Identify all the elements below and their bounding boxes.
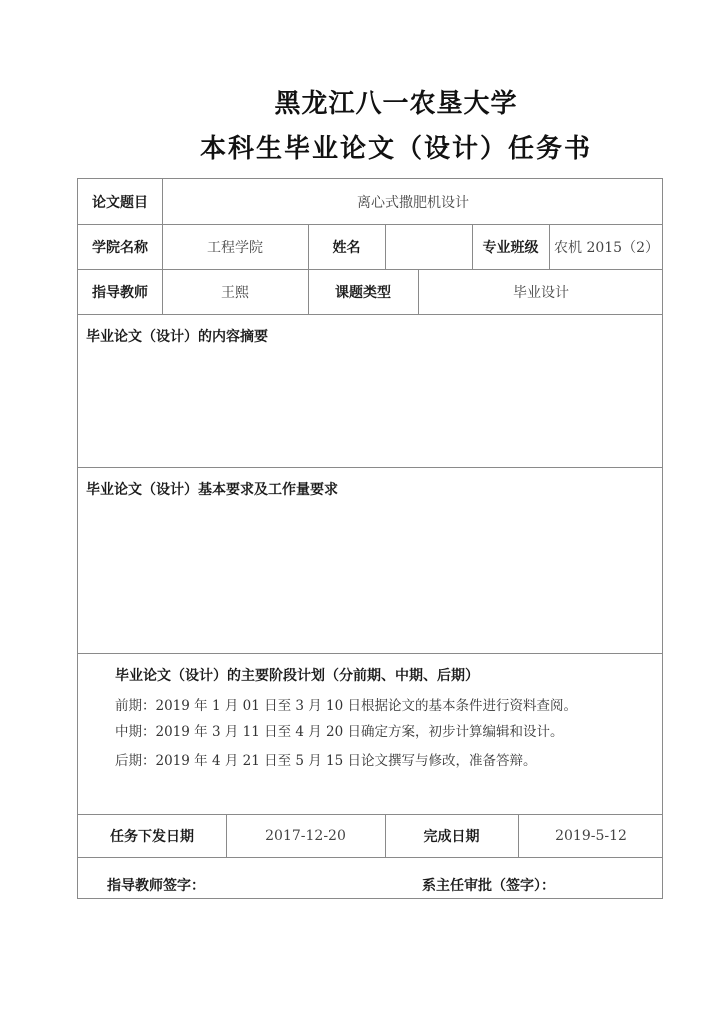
- plan-middle-stage: 中期：2019 年 3 月 11 日至 4 月 20 日确定方案，初步计算编辑和…: [115, 720, 564, 740]
- major-class-value[interactable]: 农机 2015（2）: [549, 224, 664, 269]
- college-value[interactable]: 工程学院: [162, 224, 308, 269]
- student-name-label: 姓名: [308, 224, 385, 269]
- topic-type-label: 课题类型: [308, 269, 418, 314]
- advisor-label: 指导教师: [78, 269, 162, 314]
- plan-early-stage: 前期：2019 年 1 月 01 日至 3 月 10 日根据论文的基本条件进行资…: [115, 694, 577, 714]
- plan-late-stage: 后期：2019 年 4 月 21 日至 5 月 15 日论文撰写与修改，准备答辩…: [115, 749, 537, 769]
- issue-date-value[interactable]: 2017-12-20: [226, 814, 385, 857]
- requirements-content-area[interactable]: [78, 502, 664, 653]
- issue-date-label: 任务下发日期: [78, 814, 226, 857]
- thesis-title-label: 论文题目: [78, 179, 162, 224]
- university-name: 黑龙江八一农垦大学: [34, 86, 724, 122]
- completion-date-value[interactable]: 2019-5-12: [518, 814, 664, 857]
- major-class-label: 专业班级: [472, 224, 549, 269]
- row-divider: [78, 467, 662, 468]
- plan-section-title: 毕业论文（设计）的主要阶段计划（分前期、中期、后期）: [115, 665, 479, 685]
- advisor-value[interactable]: 王熙: [162, 269, 308, 314]
- requirements-section-title: 毕业论文（设计）基本要求及工作量要求: [86, 479, 338, 499]
- summary-section-title: 毕业论文（设计）的内容摘要: [86, 326, 268, 346]
- row-divider: [78, 857, 662, 858]
- task-form-table: 论文题目 离心式撒肥机设计 学院名称 工程学院 姓名 专业班级 农机 2015（…: [77, 178, 663, 899]
- student-name-value[interactable]: [385, 224, 472, 269]
- college-label: 学院名称: [78, 224, 162, 269]
- thesis-title-value[interactable]: 离心式撒肥机设计: [162, 179, 664, 224]
- advisor-signature-label: 指导教师签字：: [107, 875, 205, 895]
- completion-date-label: 完成日期: [385, 814, 518, 857]
- summary-content-area[interactable]: [78, 349, 664, 467]
- topic-type-value[interactable]: 毕业设计: [418, 269, 664, 314]
- dept-head-signature-label: 系主任审批（签字）：: [422, 875, 555, 895]
- row-divider: [78, 314, 662, 315]
- document-title: 本科生毕业论文（设计）任务书: [34, 130, 724, 168]
- row-divider: [78, 653, 662, 654]
